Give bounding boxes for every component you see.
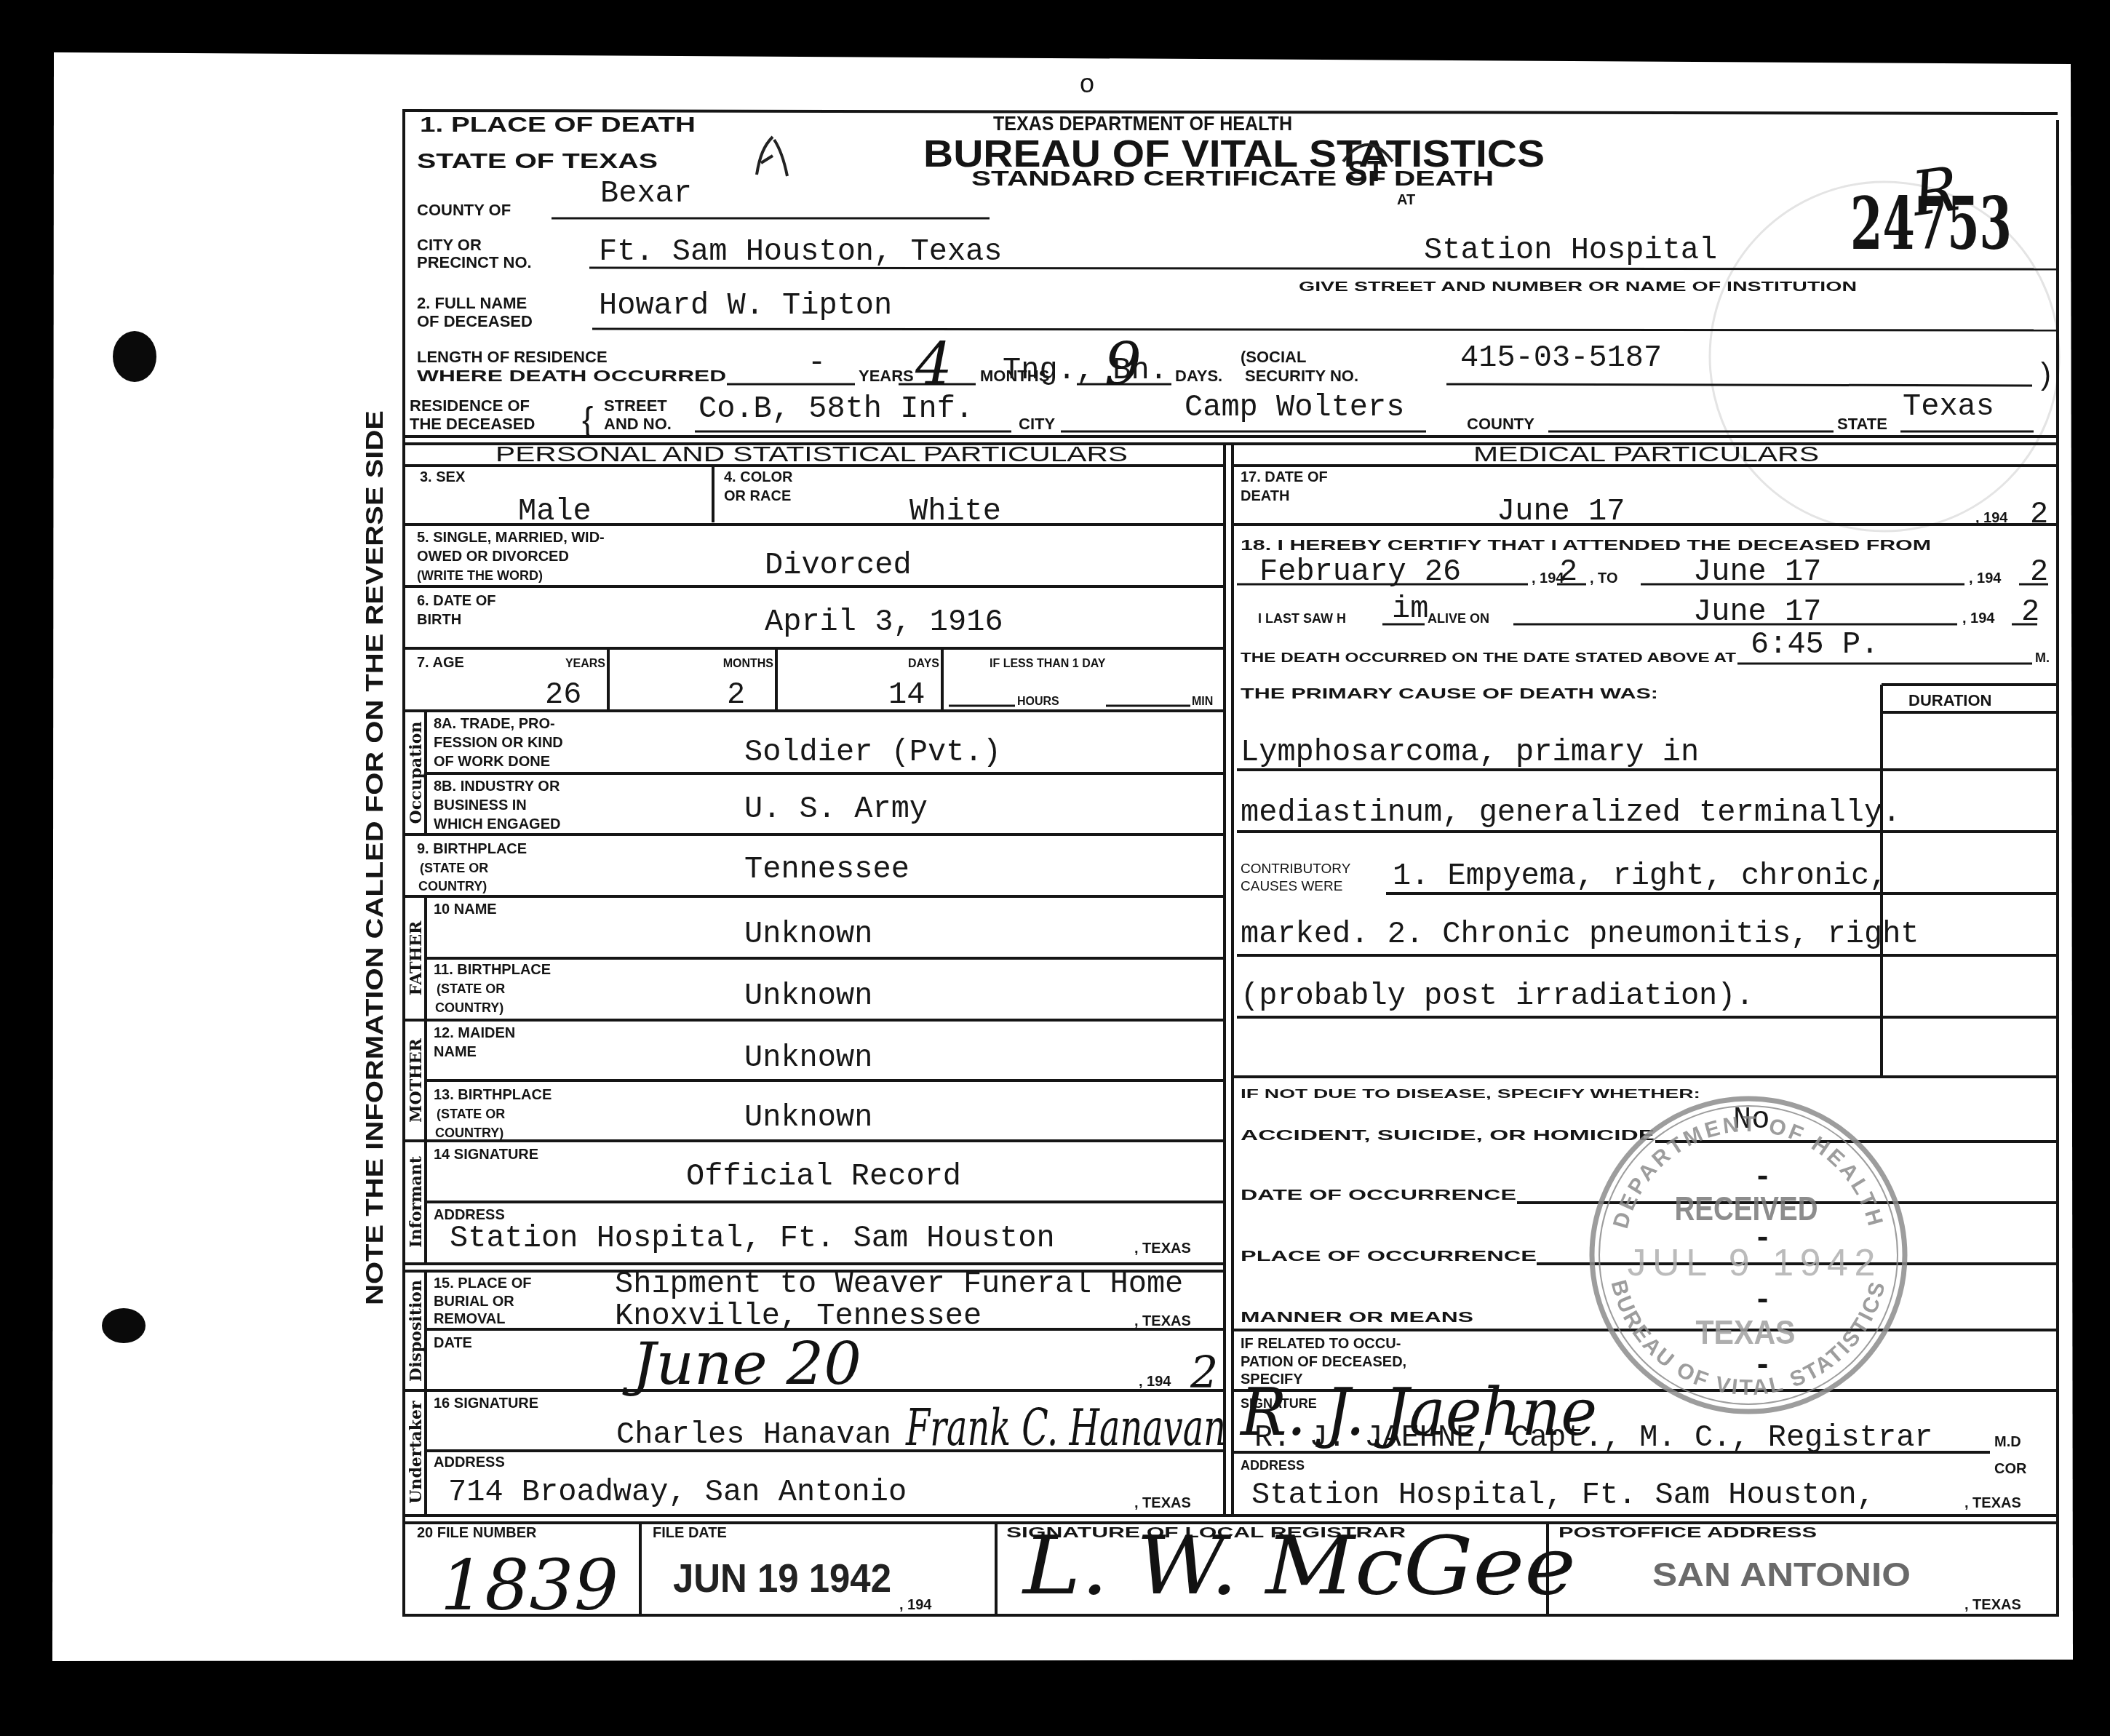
contributory-line-1: 1. Empyema, right, chronic,: [1393, 859, 1888, 893]
race-label-line2: OR RACE: [724, 488, 791, 504]
physician-address-label: ADDRESS: [1241, 1458, 1305, 1473]
birthplace-value: Tennessee: [744, 852, 909, 887]
undertaker-handwritten-signature: Frank C. Hanavan: [905, 1398, 1226, 1457]
informant-signature-label: 14 SIGNATURE: [434, 1147, 538, 1163]
undertaker-address-label: ADDRESS: [434, 1454, 505, 1470]
personal-section-title: PERSONAL AND STATISTICAL PARTICULARS: [495, 442, 1128, 466]
age-days-value: 14: [888, 677, 925, 712]
contributory-label-line2: CAUSES WERE: [1241, 879, 1342, 894]
occurrence-place-label: PLACE OF OCCURRENCE: [1241, 1249, 1537, 1265]
certify-label: 18. I HEREBY CERTIFY THAT I ATTENDED THE…: [1241, 538, 1931, 554]
age-label: 7. AGE: [417, 655, 464, 671]
age-hours-label: HOURS: [1017, 696, 1059, 708]
informant-value: Official Record: [686, 1159, 961, 1194]
burial-label-line2: BURIAL OR: [434, 1294, 514, 1310]
age-less-label: IF LESS THAN 1 DAY: [990, 658, 1106, 670]
age-months-label: MONTHS: [723, 658, 774, 670]
race-value: White: [909, 494, 1001, 529]
marital-label-line3: (WRITE THE WORD): [417, 568, 543, 583]
residence-label-line2: THE DECEASED: [410, 415, 535, 433]
manner-label: MANNER OR MEANS: [1241, 1310, 1473, 1326]
occurrence-date-label: DATE OF OCCURRENCE: [1241, 1187, 1516, 1203]
mother-birthplace-label-line3: COUNTRY): [435, 1126, 503, 1140]
burial-date-label: DATE: [434, 1335, 472, 1351]
dob-label-line1: 6. DATE OF: [417, 593, 496, 609]
certificate-title: STANDARD CERTIFICATE OF DEATH: [971, 167, 1494, 191]
birthplace-label-line3: COUNTRY): [418, 879, 487, 893]
dod-year-digit: 2: [2030, 497, 2048, 532]
ssn-label-line1: (SOCIAL: [1241, 348, 1306, 366]
occupation-related-label-line1: IF RELATED TO OCCU-: [1241, 1336, 1401, 1352]
attended-to-value: June 17: [1693, 554, 1821, 589]
burial-label-line3: REMOVAL: [434, 1311, 506, 1327]
birthplace-label-line1: 9. BIRTHPLACE: [417, 841, 527, 857]
age-years-label: YEARS: [565, 658, 605, 670]
sex-label: 3. SEX: [420, 469, 466, 485]
informant-state-label: , TEXAS: [1134, 1241, 1191, 1257]
full-name-label-line2: OF DECEASED: [417, 312, 533, 330]
file-date-label: FILE DATE: [653, 1525, 727, 1541]
marital-label-line1: 5. SINGLE, MARRIED, WID-: [417, 530, 605, 546]
file-date-suffix: , 194: [899, 1597, 932, 1613]
department-title: TEXAS DEPARTMENT OF HEALTH: [993, 112, 1292, 135]
margin-note: NOTE THE INFORMATION CALLED FOR ON THE R…: [361, 410, 389, 1305]
contributory-label-line1: CONTRIBUTORY: [1241, 861, 1351, 877]
residence-city-label: CITY: [1019, 415, 1055, 433]
residence-state-label: STATE: [1837, 415, 1887, 433]
residence-state-value: Texas: [1903, 389, 1994, 424]
street-value: Co.B, 58th Inf.: [698, 391, 974, 426]
alive-on-label: ALIVE ON: [1428, 611, 1489, 626]
mother-maiden-value: Unknown: [744, 1040, 872, 1075]
residence-length-label-line1: LENGTH OF RESIDENCE: [417, 348, 608, 366]
residence-city-value: Camp Wolters: [1185, 390, 1404, 425]
cause-line-2: mediastinum, generalized terminally.: [1241, 795, 1900, 830]
burial-year-prefix: , 194: [1139, 1374, 1171, 1390]
residence-years-value: -: [808, 346, 826, 381]
age-years-value: 26: [545, 677, 581, 712]
external-cause-label: IF NOT DUE TO DISEASE, SPECIFY WHETHER:: [1241, 1088, 1700, 1101]
attended-from-year-digit: 2: [1559, 554, 1577, 589]
at-label: AT: [1397, 192, 1415, 208]
trade-label-line2: FESSION OR KIND: [434, 735, 563, 751]
occupation-related-label-line2: PATION OF DECEASED,: [1241, 1354, 1406, 1370]
duration-label: DURATION: [1908, 691, 1991, 709]
ssn-value: 415-03-5187: [1460, 341, 1662, 375]
marital-value: Divorced: [765, 548, 912, 583]
father-name-value: Unknown: [744, 917, 872, 952]
occupation-section-label: Occupation: [407, 722, 426, 824]
cause-line-1: Lymphosarcoma, primary in: [1241, 735, 1699, 770]
stamp-status: RECEIVED: [1675, 1190, 1818, 1227]
physician-address-value: Station Hospital, Ft. Sam Houston,: [1251, 1478, 1875, 1513]
dob-label-line2: BIRTH: [417, 612, 461, 628]
mother-maiden-label-line2: NAME: [434, 1044, 477, 1060]
state-label: STATE OF TEXAS: [417, 149, 658, 173]
age-min-label: MIN: [1192, 696, 1213, 708]
md-label: M.D: [1994, 1434, 2021, 1450]
certificate-canvas: o NOTE THE INFORMATION CALLED FOR ON THE…: [0, 0, 2110, 1736]
last-saw-label: I LAST SAW H: [1258, 611, 1346, 626]
primary-cause-label: THE PRIMARY CAUSE OF DEATH WAS:: [1241, 686, 1658, 702]
burial-state-label: , TEXAS: [1134, 1313, 1191, 1329]
stamp-state: TEXAS: [1696, 1313, 1796, 1351]
sex-value: Male: [518, 494, 592, 529]
disposition-section-label: Disposition: [407, 1280, 426, 1382]
trade-value: Soldier (Pvt.): [744, 735, 1001, 770]
mother-section-label: MOTHER: [407, 1038, 426, 1122]
cor-label: COR: [1994, 1461, 2027, 1477]
street-superscript: Tng., Bn.: [1003, 353, 1168, 388]
registrar-handwritten-signature: L. W. McGee: [1022, 1519, 1576, 1612]
file-number-value: 1839: [440, 1545, 618, 1626]
accident-label: ACCIDENT, SUICIDE, OR HOMICIDE: [1241, 1128, 1655, 1144]
time-suffix: M.: [2035, 650, 2050, 665]
burial-value-line1: Shipment to Weaver Funeral Home: [615, 1267, 1183, 1302]
marital-label-line2: OWED OR DIVORCED: [417, 549, 569, 565]
father-section-label: FATHER: [407, 920, 426, 995]
mother-birthplace-label-line2: (STATE OR: [437, 1107, 505, 1121]
medical-section-title: MEDICAL PARTICULARS: [1473, 442, 1819, 466]
undertaker-value: Charles Hanavan: [616, 1417, 891, 1452]
county-label: COUNTY OF: [417, 201, 511, 219]
city-label-line2: PRECINCT NO.: [417, 253, 532, 271]
postoffice-state-label: , TEXAS: [1964, 1597, 2021, 1613]
informant-section-label: Informant: [407, 1155, 426, 1248]
birthplace-label-line2: (STATE OR: [420, 861, 488, 875]
attended-from-value: February 26: [1259, 554, 1461, 589]
trade-label-line3: OF WORK DONE: [434, 754, 550, 770]
dod-year-prefix: , 194: [1975, 510, 2008, 526]
street-label-line2: AND NO.: [604, 415, 672, 433]
file-number-label: 20 FILE NUMBER: [417, 1525, 537, 1541]
contributory-line-2: marked. 2. Chronic pneumonitis, right: [1241, 917, 1919, 952]
mother-birthplace-value: Unknown: [744, 1100, 872, 1135]
industry-label-line2: BUSINESS IN: [434, 797, 527, 813]
place-of-death-label: 1. PLACE OF DEATH: [420, 113, 696, 137]
race-label-line1: 4. COLOR: [724, 469, 793, 485]
mother-birthplace-label-line1: 13. BIRTHPLACE: [434, 1087, 552, 1103]
ssn-close-paren: ): [2041, 357, 2051, 391]
postoffice-value: SAN ANTONIO: [1652, 1556, 1911, 1593]
burial-label-line1: 15. PLACE OF: [434, 1275, 531, 1291]
dod-label-line2: DEATH: [1241, 488, 1289, 504]
last-saw-year-prefix: , 194: [1962, 610, 1995, 626]
residence-label-line1: RESIDENCE OF: [410, 397, 530, 415]
undertaker-signature-label: 16 SIGNATURE: [434, 1395, 538, 1412]
attended-to-year-digit: 2: [2030, 554, 2048, 589]
city-label-line1: CITY OR: [417, 236, 482, 254]
county-value: Bexar: [600, 176, 692, 211]
attended-to-year-prefix: , 194: [1969, 570, 2002, 586]
last-saw-date-value: June 17: [1693, 594, 1821, 629]
dod-value: June 17: [1497, 494, 1625, 529]
last-saw-year-digit: 2: [2021, 594, 2039, 629]
age-days-label: DAYS: [908, 658, 939, 670]
residence-length-label-line2: WHERE DEATH OCCURRED: [417, 367, 726, 385]
time-of-death-label: THE DEATH OCCURRED ON THE DATE STATED AB…: [1241, 650, 1736, 665]
burial-year-digit: 2: [1190, 1347, 1218, 1398]
punch-hole-bottom: [102, 1308, 146, 1343]
residence-months-value: 4: [915, 330, 952, 398]
attended-to-label: , TO: [1590, 570, 1618, 586]
residence-brace: {: [582, 400, 593, 438]
physician-state-label: , TEXAS: [1964, 1495, 2021, 1511]
physician-handwritten-signature: R. J. Jaehne: [1239, 1374, 1597, 1451]
mother-maiden-label-line1: 12. MAIDEN: [434, 1025, 515, 1041]
contributory-line-3: (probably post irradiation).: [1241, 979, 1754, 1014]
residence-county-label: COUNTY: [1467, 415, 1534, 433]
trade-label-line1: 8A. TRADE, PRO-: [434, 716, 555, 732]
dob-value: April 3, 1916: [765, 605, 1003, 640]
father-birthplace-label-line3: COUNTRY): [435, 1000, 503, 1015]
undertaker-section-label: Undertaker: [407, 1401, 426, 1504]
burial-date-value: June 20: [622, 1330, 861, 1398]
city-value: Ft. Sam Houston, Texas: [599, 234, 1003, 269]
file-date-stamp: JUN 19 1942: [673, 1555, 891, 1601]
postoffice-label: POSTOFFICE ADDRESS: [1558, 1525, 1817, 1541]
father-name-label: 10 NAME: [434, 901, 497, 917]
father-birthplace-value: Unknown: [744, 979, 872, 1014]
industry-label-line3: WHICH ENGAGED: [434, 816, 560, 832]
years-label: YEARS: [859, 367, 914, 385]
top-mark: o: [1080, 68, 1094, 98]
time-of-death-value: 6:45 P.: [1751, 627, 1879, 662]
dod-label-line1: 17. DATE OF: [1241, 469, 1328, 485]
document-scan: o NOTE THE INFORMATION CALLED FOR ON THE…: [0, 0, 2110, 1736]
father-birthplace-label-line2: (STATE OR: [437, 982, 505, 996]
street-label-line1: STREET: [604, 397, 667, 415]
burial-value-line2: Knoxville, Tennessee: [615, 1299, 982, 1334]
institution-value: Station Hospital: [1424, 233, 1717, 268]
institution-hint: GIVE STREET AND NUMBER OR NAME OF INSTIT…: [1299, 279, 1857, 294]
last-saw-pronoun: im: [1392, 592, 1428, 626]
days-label: DAYS.: [1175, 367, 1222, 385]
informant-address-value: Station Hospital, Ft. Sam Houston: [450, 1221, 1055, 1256]
ssn-label-line2: SECURITY NO.: [1245, 367, 1358, 385]
undertaker-address-value: 714 Broadway, San Antonio: [448, 1475, 907, 1510]
age-months-value: 2: [727, 677, 745, 712]
undertaker-state-label: , TEXAS: [1134, 1495, 1191, 1511]
industry-value: U. S. Army: [744, 792, 928, 827]
industry-label-line1: 8B. INDUSTRY OR: [434, 779, 560, 795]
punch-hole-top: [113, 331, 156, 382]
father-birthplace-label-line1: 11. BIRTHPLACE: [434, 962, 551, 978]
full-name-label-line1: 2. FULL NAME: [417, 294, 527, 312]
overprint-mark: ST: [1347, 156, 1385, 188]
full-name-value: Howard W. Tipton: [599, 288, 892, 323]
